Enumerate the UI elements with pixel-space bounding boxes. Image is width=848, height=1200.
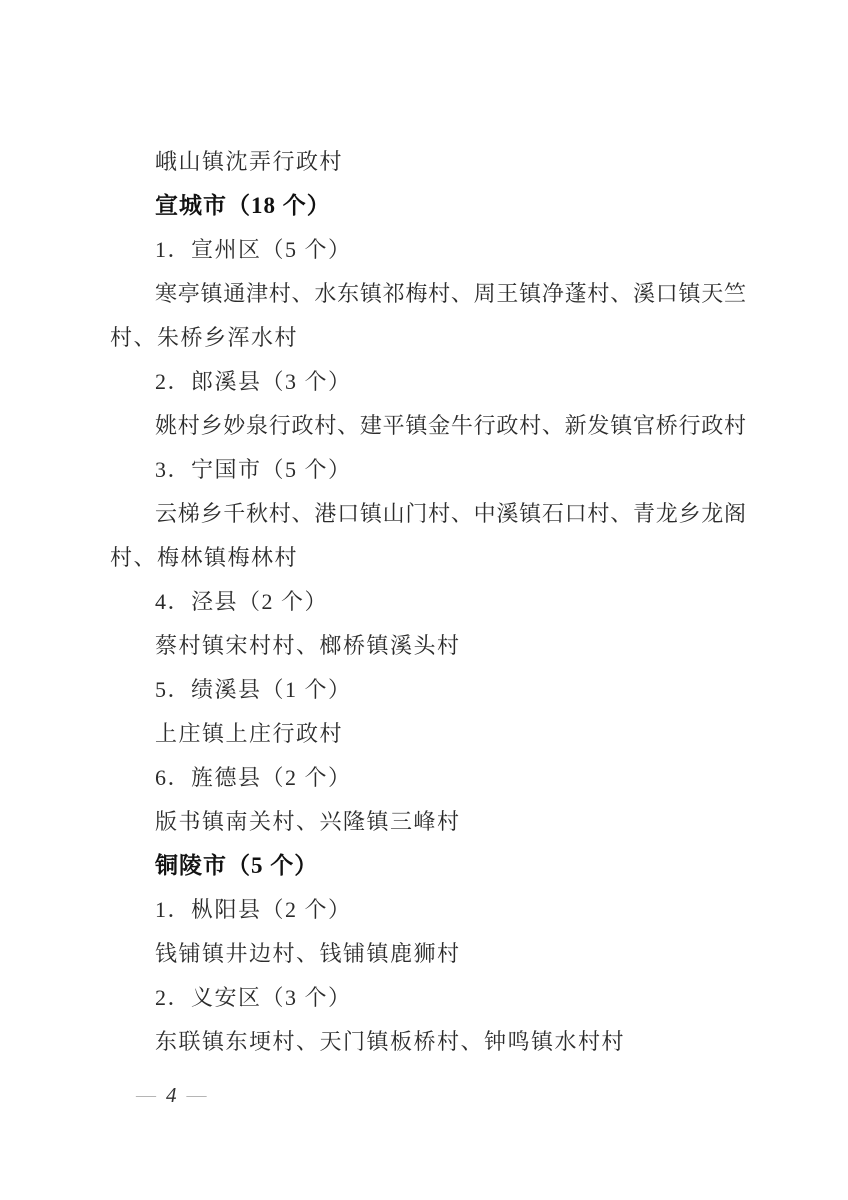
numbered-item: 6．旌德县（2 个） [110, 756, 746, 800]
text-line: 村、朱桥乡浑水村 [110, 316, 746, 360]
text-line: 峨山镇沈弄行政村 [110, 140, 746, 184]
text-line: 上庄镇上庄行政村 [110, 712, 746, 756]
numbered-item: 2．义安区（3 个） [110, 976, 746, 1020]
text-line: 村、梅林镇梅林村 [110, 536, 746, 580]
numbered-item: 5．绩溪县（1 个） [110, 668, 746, 712]
text-line: 姚村乡妙泉行政村、建平镇金牛行政村、新发镇官桥行政村 [110, 404, 746, 448]
numbered-item: 1．宣州区（5 个） [110, 228, 746, 272]
text-line: 钱铺镇井边村、钱铺镇鹿狮村 [110, 932, 746, 976]
text-line: 东联镇东埂村、天门镇板桥村、钟鸣镇水村村 [110, 1020, 746, 1064]
section-heading-xuancheng: 宣城市（18 个） [110, 184, 746, 228]
text-line: 蔡村镇宋村村、榔桥镇溪头村 [110, 624, 746, 668]
numbered-item: 1．枞阳县（2 个） [110, 888, 746, 932]
section-heading-tongling: 铜陵市（5 个） [110, 844, 746, 888]
footer-page-number: 4 [166, 1080, 177, 1110]
text-line: 云梯乡千秋村、港口镇山门村、中溪镇石口村、青龙乡龙阁 [110, 492, 746, 536]
text-line: 版书镇南关村、兴隆镇三峰村 [110, 800, 746, 844]
footer-right-dash: — [187, 1080, 207, 1110]
numbered-item: 4．泾县（2 个） [110, 580, 746, 624]
document-body: 峨山镇沈弄行政村 宣城市（18 个） 1．宣州区（5 个） 寒亭镇通津村、水东镇… [110, 140, 746, 1064]
document-page: 峨山镇沈弄行政村 宣城市（18 个） 1．宣州区（5 个） 寒亭镇通津村、水东镇… [0, 0, 848, 1200]
footer-left-dash: — [136, 1080, 156, 1110]
text-line: 寒亭镇通津村、水东镇祁梅村、周王镇净蓬村、溪口镇天竺 [110, 272, 746, 316]
numbered-item: 2．郎溪县（3 个） [110, 360, 746, 404]
page-number: — 4 — [136, 1080, 207, 1110]
numbered-item: 3．宁国市（5 个） [110, 448, 746, 492]
